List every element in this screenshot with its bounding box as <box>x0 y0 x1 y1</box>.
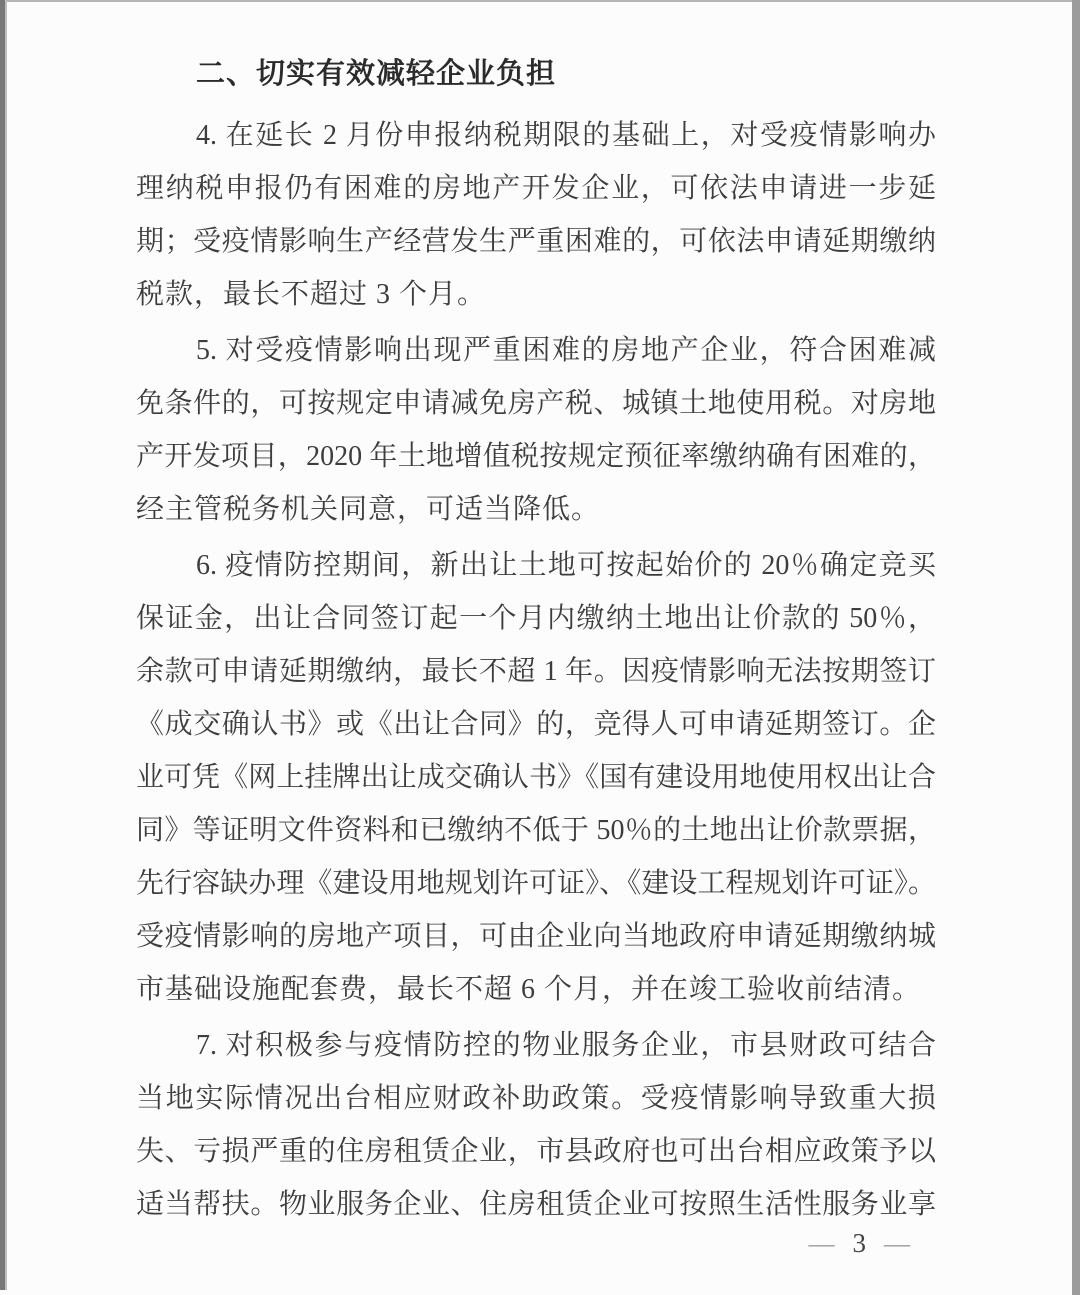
paragraph-7: 7. 对积极参与疫情防控的物业服务企业，市县财政可结合 当地实际情况出台相应财政… <box>136 1019 936 1231</box>
scan-edge-left <box>0 0 5 1290</box>
text-line: 市基础设施配套费，最长不超 6 个月，并在竣工验收前结清。 <box>136 963 936 1016</box>
text-line: 适当帮扶。物业服务企业、住房租赁企业可按照生活性服务业享 <box>136 1178 936 1231</box>
text-line: 7. 对积极参与疫情防控的物业服务企业，市县财政可结合 <box>136 1019 936 1072</box>
text-line: 期；受疫情影响生产经营发生严重困难的，可依法申请延期缴纳 <box>136 215 936 268</box>
text-line: 先行容缺办理《建设用地规划许可证》、《建设工程规划许可证》。 <box>136 857 936 910</box>
paragraph-6: 6. 疫情防控期间，新出让土地可按起始价的 20％确定竞买 保证金，出让合同签订… <box>136 539 936 1016</box>
document-body: 二、切实有效减轻企业负担 4. 在延长 2 月份申报纳税期限的基础上，对受疫情影… <box>136 0 936 1231</box>
page-number-value: 3 <box>853 1230 867 1257</box>
text-line: 业可凭《网上挂牌出让成交确认书》《国有建设用地使用权出让合 <box>136 751 936 804</box>
text-line: 受疫情影响的房地产项目，可由企业向当地政府申请延期缴纳城 <box>136 910 936 963</box>
page-number-dash-left: — <box>809 1231 835 1257</box>
scan-edge-right <box>1072 0 1080 1295</box>
text-line: 产开发项目，2020 年土地增值税按规定预征率缴纳确有困难的， <box>136 430 936 483</box>
document-page: 二、切实有效减轻企业负担 4. 在延长 2 月份申报纳税期限的基础上，对受疫情影… <box>0 0 1080 1295</box>
text-line: 税款，最长不超过 3 个月。 <box>136 268 936 321</box>
text-line: 余款可申请延期缴纳，最长不超 1 年。因疫情影响无法按期签订 <box>136 645 936 698</box>
page-number-dash-right: — <box>884 1231 910 1257</box>
text-line: 5. 对受疫情影响出现严重困难的房地产企业，符合困难减 <box>136 324 936 377</box>
paragraph-5: 5. 对受疫情影响出现严重困难的房地产企业，符合困难减 免条件的，可按规定申请减… <box>136 324 936 536</box>
text-line: 经主管税务机关同意，可适当降低。 <box>136 483 936 536</box>
section-heading: 二、切实有效减轻企业负担 <box>136 56 936 92</box>
text-line: 当地实际情况出台相应财政补助政策。受疫情影响导致重大损 <box>136 1072 936 1125</box>
text-line: 4. 在延长 2 月份申报纳税期限的基础上，对受疫情影响办 <box>136 109 936 162</box>
text-line: 理纳税申报仍有困难的房地产开发企业，可依法申请进一步延 <box>136 162 936 215</box>
text-line: 免条件的，可按规定申请减免房产税、城镇土地使用税。对房地 <box>136 377 936 430</box>
text-line: 失、亏损严重的住房租赁企业，市县政府也可出台相应政策予以 <box>136 1125 936 1178</box>
text-line: 《成交确认书》或《出让合同》的，竞得人可申请延期签订。企 <box>136 698 936 751</box>
paragraph-4: 4. 在延长 2 月份申报纳税期限的基础上，对受疫情影响办 理纳税申报仍有困难的… <box>136 109 936 321</box>
text-line: 保证金，出让合同签订起一个月内缴纳土地出让价款的 50％， <box>136 592 936 645</box>
text-line: 6. 疫情防控期间，新出让土地可按起始价的 20％确定竞买 <box>136 539 936 592</box>
page-number: — 3 — <box>809 1230 911 1257</box>
text-line: 同》等证明文件资料和已缴纳不低于 50％的土地出让价款票据， <box>136 804 936 857</box>
